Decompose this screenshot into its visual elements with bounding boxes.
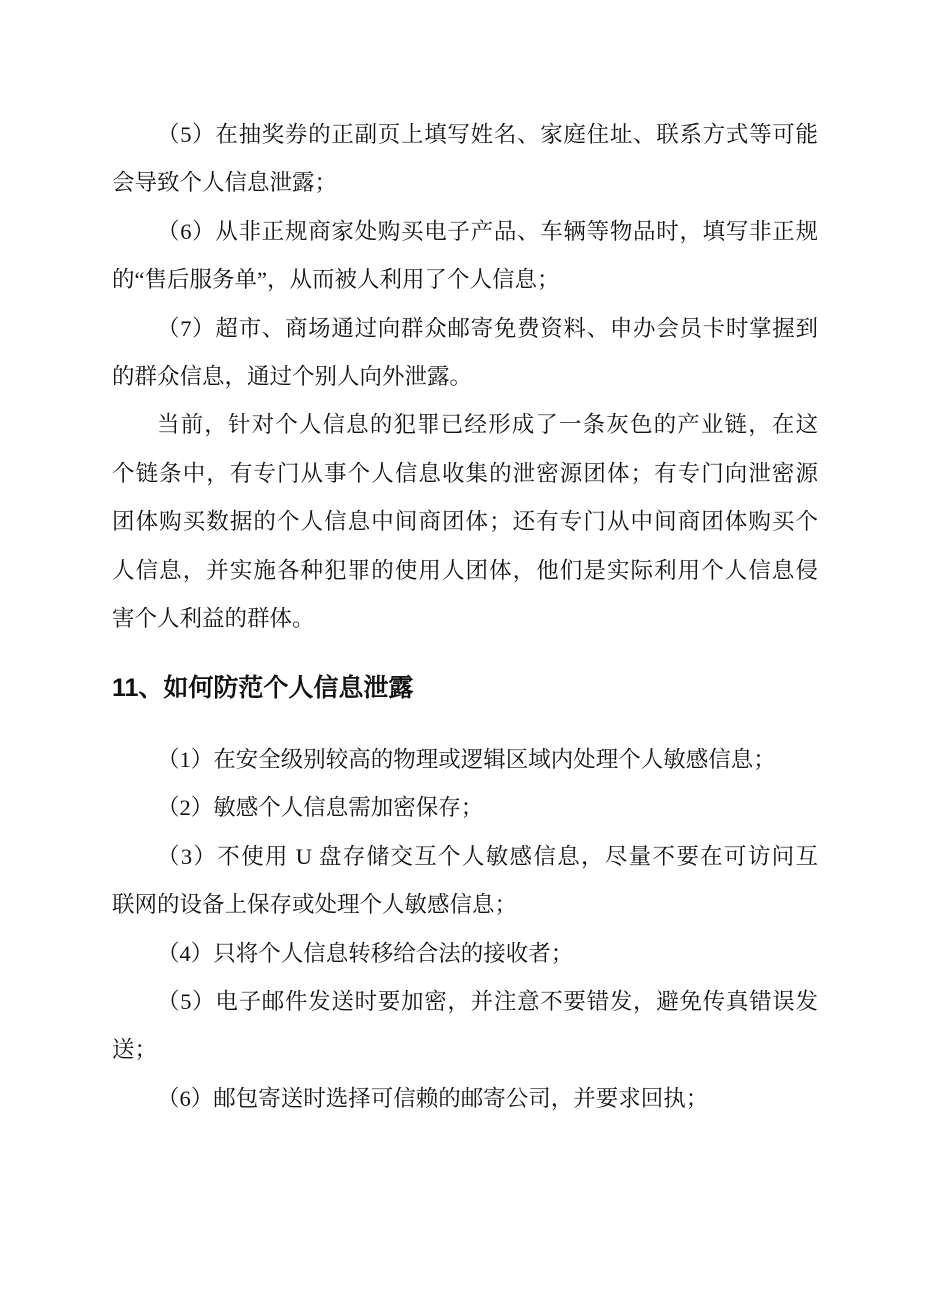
- text-line: 送；: [112, 1026, 818, 1074]
- paragraph: （6）从非正规商家处购买电子产品、车辆等物品时，填写非正规的“售后服务单”，从而…: [112, 208, 818, 305]
- text-line: 团体购买数据的个人信息中间商团体；还有专门从中间商团体购买个: [112, 498, 818, 546]
- paragraph: 当前，针对个人信息的犯罪已经形成了一条灰色的产业链，在这个链条中，有专门从事个人…: [112, 401, 818, 643]
- text-line: （3）不使用 U 盘存储交互个人敏感信息，尽量不要在可访问互: [112, 833, 818, 881]
- paragraph: （5）在抽奖券的正副页上填写姓名、家庭住址、联系方式等可能会导致个人信息泄露；: [112, 111, 818, 208]
- document-body: （5）在抽奖券的正副页上填写姓名、家庭住址、联系方式等可能会导致个人信息泄露；（…: [112, 111, 818, 1123]
- paragraph: （1）在安全级别较高的物理或逻辑区域内处理个人敏感信息；: [112, 736, 818, 784]
- paragraph: （5）电子邮件发送时要加密，并注意不要错发，避免传真错误发送；: [112, 978, 818, 1075]
- text-line: 的群众信息，通过个别人向外泄露。: [112, 353, 818, 401]
- paragraph: （7）超市、商场通过向群众邮寄免费资料、申办会员卡时掌握到的群众信息，通过个别人…: [112, 305, 818, 402]
- text-line: 个链条中，有专门从事个人信息收集的泄密源团体；有专门向泄密源: [112, 450, 818, 498]
- text-line: （4）只将个人信息转移给合法的接收者；: [112, 930, 818, 978]
- document-page: （5）在抽奖券的正副页上填写姓名、家庭住址、联系方式等可能会导致个人信息泄露；（…: [0, 0, 930, 1315]
- heading-text: 11、如何防范个人信息泄露: [112, 664, 818, 712]
- text-line: （7）超市、商场通过向群众邮寄免费资料、申办会员卡时掌握到: [112, 305, 818, 353]
- paragraph: （4）只将个人信息转移给合法的接收者；: [112, 930, 818, 978]
- section-heading: 11、如何防范个人信息泄露: [112, 664, 818, 712]
- text-line: （6）邮包寄送时选择可信赖的邮寄公司，并要求回执；: [112, 1075, 818, 1123]
- text-line: （2）敏感个人信息需加密保存；: [112, 784, 818, 832]
- text-line: 害个人利益的群体。: [112, 595, 818, 643]
- text-line: 联网的设备上保存或处理个人敏感信息；: [112, 881, 818, 929]
- paragraph: （2）敏感个人信息需加密保存；: [112, 784, 818, 832]
- text-line: 的“售后服务单”，从而被人利用了个人信息；: [112, 256, 818, 304]
- text-line: （1）在安全级别较高的物理或逻辑区域内处理个人敏感信息；: [112, 736, 818, 784]
- paragraph: （6）邮包寄送时选择可信赖的邮寄公司，并要求回执；: [112, 1075, 818, 1123]
- text-line: 人信息，并实施各种犯罪的使用人团体，他们是实际利用个人信息侵: [112, 547, 818, 595]
- text-line: （5）电子邮件发送时要加密，并注意不要错发，避免传真错误发: [112, 978, 818, 1026]
- paragraph: （3）不使用 U 盘存储交互个人敏感信息，尽量不要在可访问互联网的设备上保存或处…: [112, 833, 818, 930]
- text-line: （6）从非正规商家处购买电子产品、车辆等物品时，填写非正规: [112, 208, 818, 256]
- text-line: 会导致个人信息泄露；: [112, 159, 818, 207]
- text-line: 当前，针对个人信息的犯罪已经形成了一条灰色的产业链，在这: [112, 401, 818, 449]
- text-line: （5）在抽奖券的正副页上填写姓名、家庭住址、联系方式等可能: [112, 111, 818, 159]
